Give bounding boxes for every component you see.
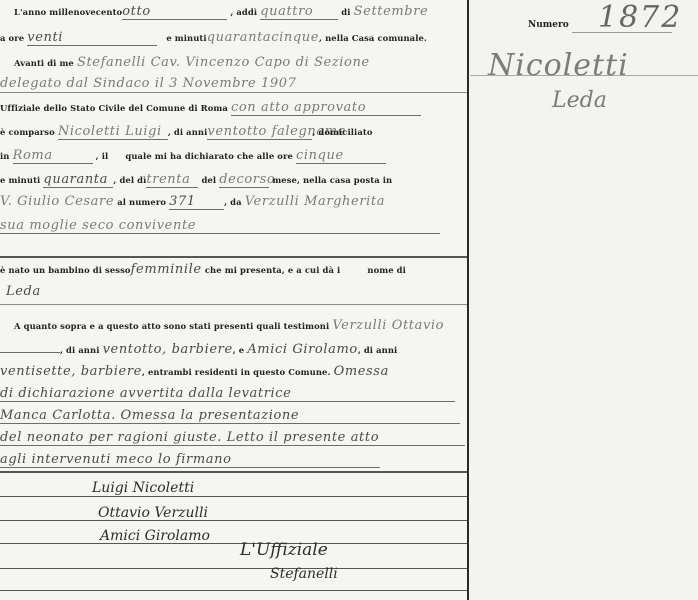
place-label: , nella Casa comunale.: [319, 33, 427, 43]
minutes2-line: e minuti quaranta, del dìtrenta del deco…: [0, 172, 392, 188]
witness2-name: Amici Girolamo: [247, 342, 358, 357]
witness1-name: Verzulli Ottavio: [332, 318, 444, 333]
and-label: , e: [233, 345, 244, 355]
blank-rule: [0, 352, 60, 353]
witness2-age: ventisette, barbiere: [0, 364, 142, 379]
officer-value: con atto approvato: [231, 100, 421, 116]
il-label: , il: [96, 151, 109, 161]
minutes-label: e minuti: [166, 33, 206, 43]
month-label: di: [341, 7, 350, 17]
from-value: Verzulli Margherita: [245, 194, 385, 209]
of-day-label: , del dì: [113, 175, 146, 185]
birth-record-page: L'anno millenovecentootto , addì quattro…: [0, 0, 698, 600]
signature-rule: [0, 590, 467, 591]
notes-line-4-row: del neonato per ragioni giuste. Letto il…: [0, 430, 465, 446]
age-label: , di anni: [168, 127, 207, 137]
name-value: Leda: [6, 284, 41, 299]
notes-line-4: del neonato per ragioni giuste. Letto il…: [0, 430, 465, 446]
presents-label: che: [205, 265, 222, 275]
month-house-label: mese, nella casa posta in: [272, 175, 392, 185]
appeared-value: Nicoletti Luigi: [58, 124, 168, 140]
witness1-age: ventotto, barbiere: [103, 342, 233, 357]
number-value: 371: [169, 194, 224, 210]
margin-given-name: Leda: [552, 88, 607, 113]
notes-line-1: Omessa: [334, 364, 389, 379]
column-divider: [467, 0, 469, 600]
of-label: del: [201, 175, 216, 185]
record-number: 1872: [598, 0, 682, 35]
before-value: Stefanelli Cav. Vincenzo Capo di Sezione: [77, 55, 370, 70]
born-line: è nato un bambino di sessofemminile che …: [0, 262, 406, 277]
notes-line-3: Manca Carlotta. Omessa la presentazione: [0, 408, 460, 424]
signature-divider: [0, 471, 467, 473]
signature-rule: [0, 568, 467, 569]
minutes2-label: e minuti: [0, 175, 40, 185]
notes-line-2: di dichiarazione avvertita dalla levatri…: [0, 386, 455, 402]
hour-line: a ore venti e minutiquarantacinque, nell…: [0, 30, 427, 46]
witness2-age-label: , di anni: [358, 345, 397, 355]
officer-label: Uffiziale dello Stato Civile del Comune …: [0, 103, 228, 113]
from-label: , da: [224, 197, 242, 207]
name-line: Leda: [6, 284, 41, 299]
record-body: L'anno millenovecentootto , addì quattro…: [0, 0, 467, 600]
witnesses-label: A quanto sopra e a questo atto sono stat…: [14, 321, 329, 331]
before-line: Avanti di me Stefanelli Cav. Vincenzo Ca…: [14, 55, 370, 70]
before-value-cont: delegato dal Sindaco il 3 Novembre 1907: [0, 76, 297, 91]
ruled-line: [0, 92, 467, 93]
minutes-value: quarantacinque: [207, 30, 319, 45]
hour-value: venti: [27, 30, 157, 46]
name-label: nome di: [367, 265, 406, 275]
month-value: Settembre: [354, 4, 429, 19]
street-value: V. Giulio Cesare: [0, 194, 114, 209]
numero-label: Numero: [528, 20, 569, 30]
notes-line-3-row: Manca Carlotta. Omessa la presentazione: [0, 408, 460, 424]
signature-rule: [0, 496, 467, 497]
day-label: , addì: [230, 7, 257, 17]
officer-line: Uffiziale dello Stato Civile del Comune …: [0, 100, 421, 116]
from-value-cont: sua moglie seco convivente: [0, 218, 440, 234]
year-label: L'anno millenovecento: [14, 7, 122, 17]
minutes2-value: quaranta: [43, 172, 113, 188]
ruled-line: [0, 304, 467, 305]
year-line: L'anno millenovecentootto , addì quattro…: [14, 4, 428, 20]
domiciled-label: , domiciliato: [312, 127, 372, 137]
signature-officer-title: L'Uffiziale: [240, 540, 328, 560]
before-label: Avanti di me: [14, 58, 74, 68]
notes-line-2-row: di dichiarazione avvertita dalla levatri…: [0, 386, 455, 402]
presents-value: mi presenta, e a cui dà i: [225, 265, 341, 275]
hour-label: a ore: [0, 33, 24, 43]
of-value: decorso: [219, 172, 269, 188]
number-label: al numero: [117, 197, 166, 207]
born-sex: femminile: [131, 262, 202, 277]
of-day-value: trenta: [146, 172, 198, 188]
year-value: otto: [122, 4, 227, 20]
signature-rule: [0, 543, 467, 544]
declared-label: quale mi ha dichiarato che alle ore: [125, 151, 293, 161]
signature-officer-name: Stefanelli: [270, 566, 338, 582]
appeared-label: è comparso: [0, 127, 55, 137]
declared-hour: cinque: [296, 148, 386, 164]
witness-ages-line: , di anni ventotto, barbiere, e Amici Gi…: [0, 342, 397, 357]
born-label: è nato un bambino di sesso: [0, 265, 131, 275]
signature-rule: [0, 520, 467, 521]
witnesses-line: A quanto sopra e a questo atto sono stat…: [14, 318, 444, 333]
witness1-age-label: , di anni: [60, 345, 99, 355]
domicile-value: Roma: [13, 148, 93, 164]
residents-line: ventisette, barbiere, entrambi residenti…: [0, 364, 389, 379]
notes-line-5: agli intervenuti meco lo firmano: [0, 452, 380, 468]
appeared-line: è comparso Nicoletti Luigi, di annivento…: [0, 124, 373, 140]
residents-label: , entrambi residenti in questo Comune.: [142, 367, 331, 377]
from-line-cont: sua moglie seco convivente: [0, 218, 440, 234]
street-line: V. Giulio Cesare al numero 371, da Verzu…: [0, 194, 385, 210]
margin-surname: Nicoletti: [488, 48, 629, 83]
domicile-prefix: in: [0, 151, 9, 161]
notes-line-5-row: agli intervenuti meco lo firmano: [0, 452, 380, 468]
signature-witness1: Ottavio Verzulli: [98, 505, 208, 521]
signature-witness2: Amici Girolamo: [100, 528, 210, 544]
section-divider: [0, 256, 467, 258]
age-value: ventotto falegname: [207, 124, 312, 140]
signature-declarant: Luigi Nicoletti: [92, 480, 194, 496]
before-line-cont: delegato dal Sindaco il 3 Novembre 1907: [0, 76, 297, 91]
day-value: quattro: [260, 4, 338, 20]
domicile-line: in Roma , il quale mi ha dichiarato che …: [0, 148, 386, 164]
